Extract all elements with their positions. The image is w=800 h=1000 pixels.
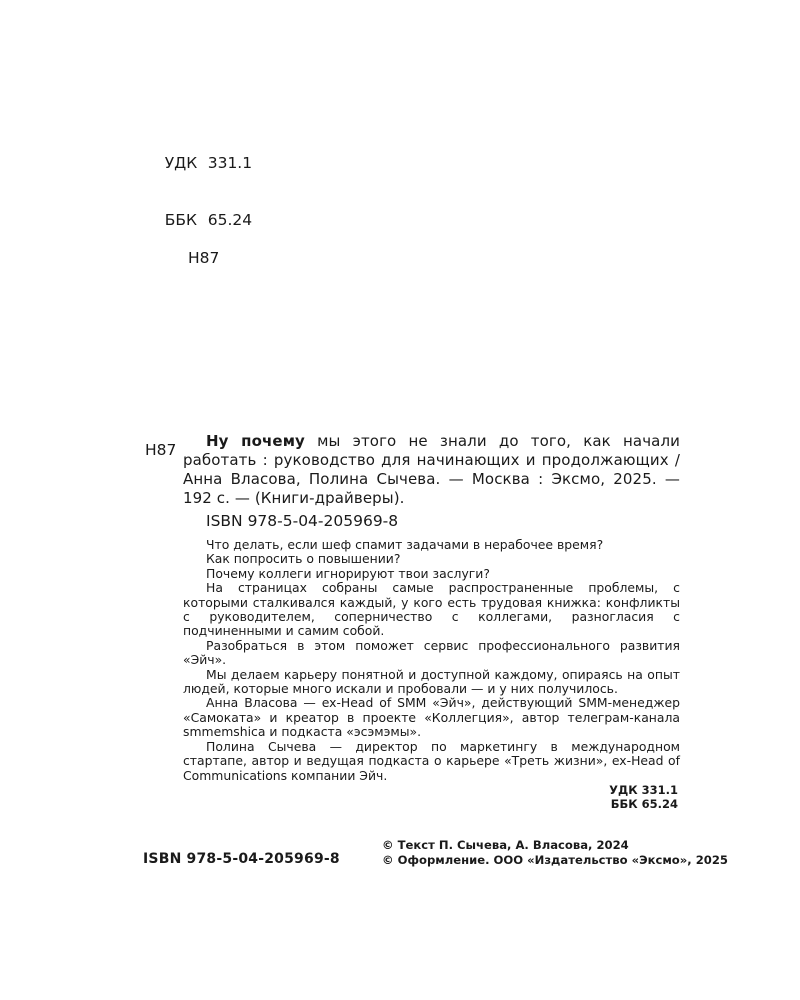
annotation-paragraph: Анна Власова — ex-Head of SMM «Эйч», дей… <box>183 696 680 739</box>
annotation-question: Почему коллеги игнорируют твои заслуги? <box>183 567 680 581</box>
copyright-block: © Текст П. Сычева, А. Власова, 2024 © Оф… <box>382 838 728 868</box>
udk-row: УДК331.1 <box>145 135 252 192</box>
annotation: Что делать, если шеф спамит задачами в н… <box>183 538 680 783</box>
copyright-design: © Оформление. ООО «Издательство «Эксмо»,… <box>382 853 728 868</box>
bbk-label: ББК <box>165 211 208 230</box>
udk-label: УДК <box>165 154 208 173</box>
udk-code: УДК 331.1 <box>560 783 678 797</box>
bibliographic-entry: Ну почему мы этого не знали до того, как… <box>183 432 680 508</box>
copyright-text: © Текст П. Сычева, А. Власова, 2024 <box>382 838 728 853</box>
classification-block-top: УДК331.1 ББК65.24 Н87 <box>145 135 252 268</box>
annotation-paragraph: На страницах собраны самые распространен… <box>183 581 680 639</box>
annotation-paragraph: Полина Сычева — директор по маркетингу в… <box>183 740 680 783</box>
isbn-footer: ISBN 978-5-04-205969-8 <box>143 851 340 867</box>
bbk-value: 65.24 <box>208 211 252 229</box>
classification-block-bottom: УДК 331.1 ББК 65.24 <box>560 783 678 811</box>
isbn-entry: ISBN 978-5-04-205969-8 <box>206 512 398 530</box>
udk-value: 331.1 <box>208 154 252 172</box>
bbk-code: ББК 65.24 <box>560 797 678 811</box>
annotation-question: Что делать, если шеф спамит задачами в н… <box>183 538 680 552</box>
annotation-paragraph: Мы делаем карьеру понятной и доступной к… <box>183 668 680 697</box>
author-mark-top: Н87 <box>145 249 252 268</box>
author-mark: Н87 <box>145 441 176 459</box>
bbk-row: ББК65.24 <box>145 192 252 249</box>
annotation-question: Как попросить о повышении? <box>183 552 680 566</box>
book-title: Ну почему <box>206 432 305 450</box>
annotation-paragraph: Разобраться в этом поможет сервис профес… <box>183 639 680 668</box>
